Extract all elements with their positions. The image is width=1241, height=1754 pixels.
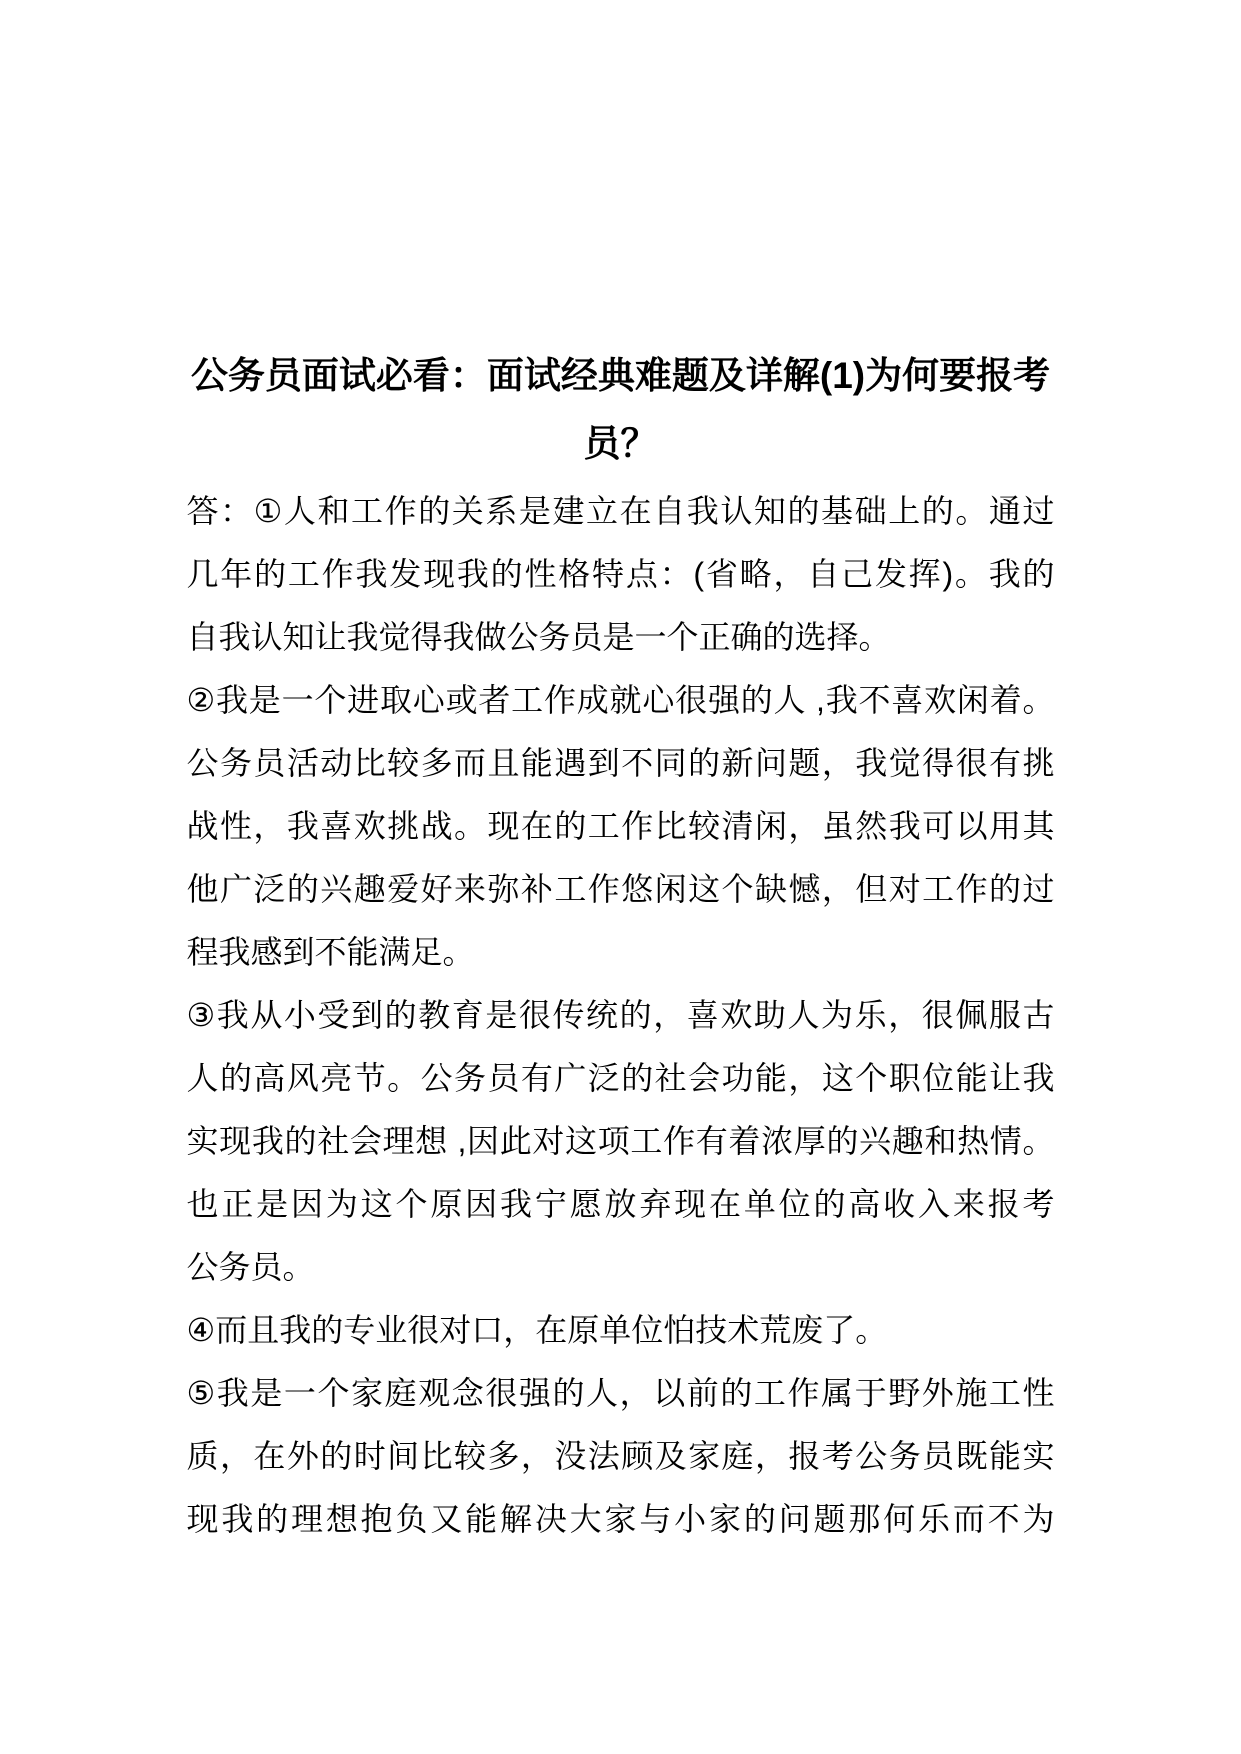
text-line: 自我认知让我觉得我做公务员是一个正确的选择。	[187, 606, 1055, 669]
document-body: 答：①人和工作的关系是建立在自我认知的基础上的。通过 几年的工作我发现我的性格特…	[187, 480, 1055, 1551]
text-line: 程我感到不能满足。	[187, 921, 1055, 984]
text-line: 公务员活动比较多而且能遇到不同的新问题，我觉得很有挑	[187, 732, 1055, 795]
title-line-2: 员？	[187, 410, 1055, 478]
document-content: 公务员面试必看：面试经典难题及详解(1)为何要报考公务 员？ 答：①人和工作的关…	[187, 0, 1055, 1551]
text-line: 战性，我喜欢挑战。现在的工作比较清闲，虽然我可以用其	[187, 795, 1055, 858]
text-line: 几年的工作我发现我的性格特点：(省略，自己发挥)。我的	[187, 543, 1055, 606]
text-line: 也正是因为这个原因我宁愿放弃现在单位的高收入来报考	[187, 1173, 1055, 1236]
document-title: 公务员面试必看：面试经典难题及详解(1)为何要报考公务 员？	[187, 342, 1055, 478]
text-line: ②我是一个进取心或者工作成就心很强的人 ,我不喜欢闲着。	[187, 669, 1055, 732]
document-page: 公务员面试必看：面试经典难题及详解(1)为何要报考公务 员？ 答：①人和工作的关…	[0, 0, 1241, 1754]
text-line: ⑤我是一个家庭观念很强的人，以前的工作属于野外施工性	[187, 1362, 1055, 1425]
title-line-1: 公务员面试必看：面试经典难题及详解(1)为何要报考公务	[187, 342, 1055, 410]
text-line: ③我从小受到的教育是很传统的，喜欢助人为乐，很佩服古	[187, 984, 1055, 1047]
text-line: 实现我的社会理想 ,因此对这项工作有着浓厚的兴趣和热情。	[187, 1110, 1055, 1173]
text-line: 公务员。	[187, 1236, 1055, 1299]
text-line: 答：①人和工作的关系是建立在自我认知的基础上的。通过	[187, 480, 1055, 543]
text-line: 现我的理想抱负又能解决大家与小家的问题那何乐而不为	[187, 1488, 1055, 1551]
text-line: ④而且我的专业很对口，在原单位怕技术荒废了。	[187, 1299, 1055, 1362]
text-line: 他广泛的兴趣爱好来弥补工作悠闲这个缺憾，但对工作的过	[187, 858, 1055, 921]
text-line: 人的高风亮节。公务员有广泛的社会功能，这个职位能让我	[187, 1047, 1055, 1110]
text-line: 质，在外的时间比较多，没法顾及家庭，报考公务员既能实	[187, 1425, 1055, 1488]
